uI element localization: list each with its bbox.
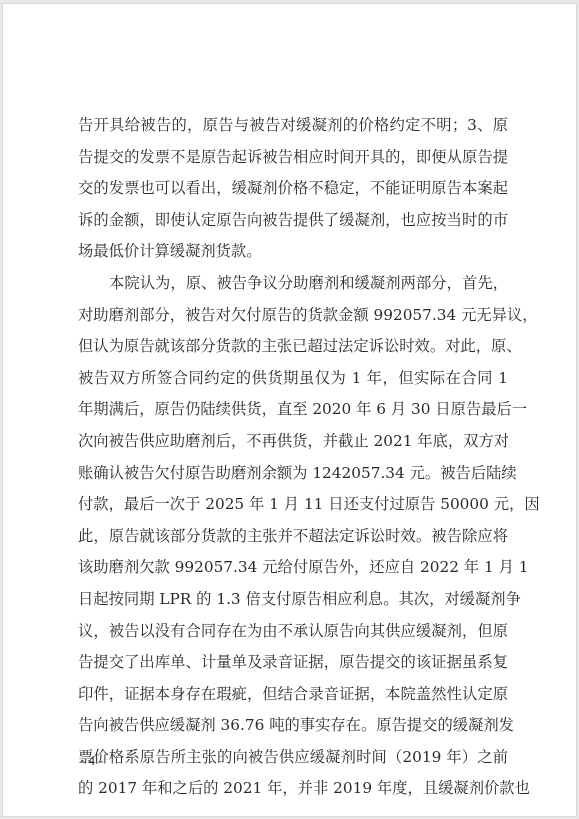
document-body: 告开具给被告的，原告与被告对缓凝剂的价格约定不明；3、原 告提交的发票不是原告起… bbox=[78, 110, 508, 805]
text-line: 次向被告供应助磨剂后，不再供货，并截止 2021 年底，双方对 bbox=[78, 426, 508, 458]
text-line: 年期满后，原告仍陆续供货，直至 2020 年 6 月 30 日原告最后一 bbox=[78, 394, 508, 426]
text-line: 议，被告以没有合同存在为由不承认原告向其供应缓凝剂，但原 bbox=[78, 616, 508, 648]
text-line: 印件，证据本身存在瑕疵，但结合录音证据，本院盖然性认定原 bbox=[78, 679, 508, 711]
text-line: 对助磨剂部分，被告对欠付原告的货款金额 992057.34 元无异议， bbox=[78, 300, 508, 332]
text-line: 此，原告就该部分货款的主张并不超法定诉讼时效。被告除应将 bbox=[78, 521, 508, 553]
text-line: 场最低价计算缓凝剂货款。 bbox=[78, 236, 508, 268]
text-line: 交的发票也可以看出，缓凝剂价格不稳定，不能证明原告本案起 bbox=[78, 173, 508, 205]
text-line: 的 2017 年和之后的 2021 年，并非 2019 年度，且缓凝剂价款也 bbox=[78, 773, 508, 805]
document-page: 告开具给被告的，原告与被告对缓凝剂的价格约定不明；3、原 告提交的发票不是原告起… bbox=[2, 3, 577, 817]
text-line: 付款，最后一次于 2025 年 1 月 11 日还支付过原告 50000 元，因 bbox=[78, 489, 508, 521]
text-line: 账确认被告欠付原告助磨剂余额为 1242057.34 元。被告后陆续 bbox=[78, 458, 508, 490]
text-line: 日起按同期 LPR 的 1.3 倍支付原告相应利息。其次，对缓凝剂争 bbox=[78, 584, 508, 616]
text-line: 诉的金额，即使认定原告向被告提供了缓凝剂，也应按当时的市 bbox=[78, 205, 508, 237]
text-line: 该助磨剂欠款 992057.34 元给付原告外，还应自 2022 年 1 月 1 bbox=[78, 552, 508, 584]
text-line: 告提交的发票不是原告起诉被告相应时间开具的，即便从原告提 bbox=[78, 142, 508, 174]
text-line: 票价格系原告所主张的向被告供应缓凝剂时间（2019 年）之前 bbox=[78, 742, 508, 774]
text-line: 但认为原告就该部分货款的主张已超过法定诉讼时效。对此，原、 bbox=[78, 331, 508, 363]
text-line: 告提交了出库单、计量单及录音证据，原告提交的该证据虽系复 bbox=[78, 647, 508, 679]
text-line: 被告双方所签合同约定的供货期虽仅为 1 年，但实际在合同 1 bbox=[78, 363, 508, 395]
text-line-indented: 本院认为，原、被告争议分助磨剂和缓凝剂两部分，首先， bbox=[78, 268, 508, 300]
page-number: - 4 - bbox=[80, 754, 103, 770]
text-line: 告向被告供应缓凝剂 36.76 吨的事实存在。原告提交的缓凝剂发 bbox=[78, 710, 508, 742]
text-line: 告开具给被告的，原告与被告对缓凝剂的价格约定不明；3、原 bbox=[78, 110, 508, 142]
